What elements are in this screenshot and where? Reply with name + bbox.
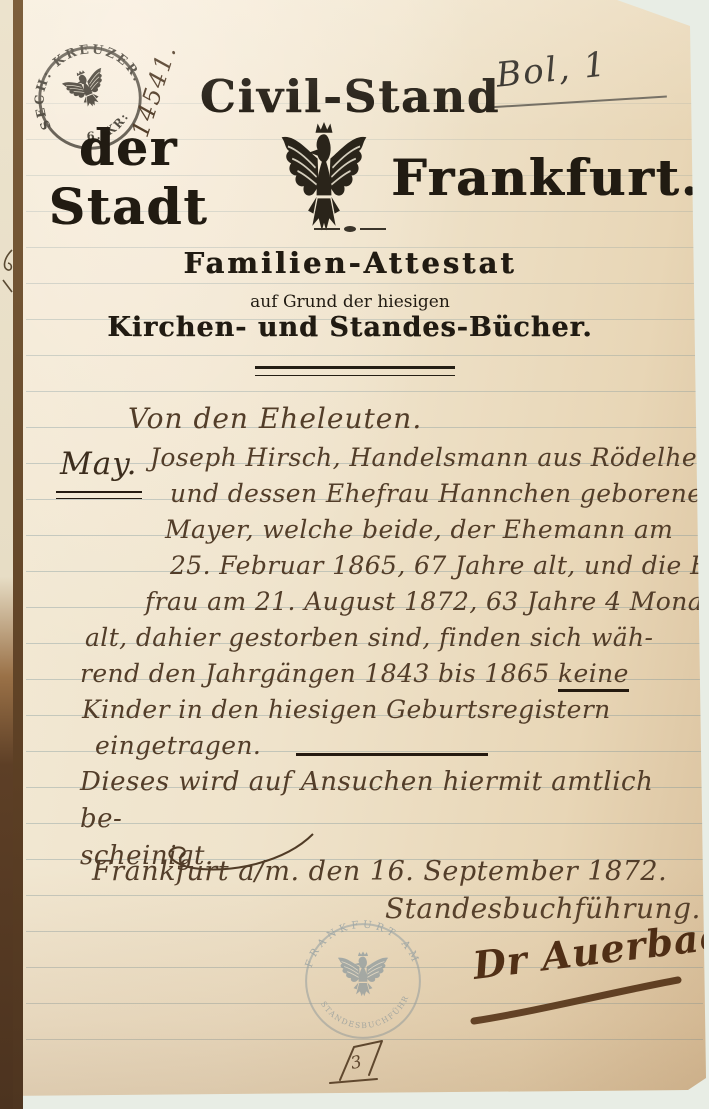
adjacent-page-edge	[0, 0, 13, 1109]
office-seal: FRANKFURT AM STANDESBUCHFÜHRUNG	[300, 918, 426, 1044]
body-heading: Von den Eheleuten.	[128, 402, 422, 435]
title-frankfurt: Frankfurt.	[391, 148, 700, 207]
frankfurt-eagle-icon	[271, 122, 377, 232]
body-line: Joseph Hirsch, Handelsmann aus Rödelheim	[150, 440, 690, 476]
body-line: rend den Jahrgängen 1843 bis 1865 keine	[80, 656, 690, 692]
certification-line: Dieses wird auf Ansuchen hiermit amtlich…	[80, 764, 680, 838]
attestat-title: Familien-Attestat	[0, 246, 700, 280]
title-city-row: der Stadt Frankfurt.	[0, 118, 700, 236]
body-text-block: Joseph Hirsch, Handelsmann aus Rödelheim…	[150, 440, 690, 764]
title-civil-stand: Civil-Stand	[0, 70, 700, 123]
margin-note-underline	[56, 491, 142, 499]
body-line: frau am 21. August 1872, 63 Jahre 4 Mona…	[145, 584, 690, 620]
margin-note-may: May.	[60, 446, 137, 482]
paragraph-divider	[296, 753, 488, 756]
ornament-divider	[0, 226, 700, 232]
body-line: und dessen Ehefrau Hannchen geborene	[170, 476, 690, 512]
binding-edge	[13, 0, 23, 1109]
body-line-prefix: rend den Jahrgängen 1843 bis 1865	[80, 659, 558, 688]
body-line: Mayer, welche beide, der Ehemann am	[165, 512, 690, 548]
page-marker-number: 3	[349, 1052, 364, 1074]
signature-underline	[468, 975, 686, 1030]
body-line: Kinder in den hiesigen Geburtsregistern	[82, 692, 690, 728]
seal-eagle-icon	[338, 952, 388, 997]
attestat-subtitle2: Kirchen- und Standes-Bücher.	[0, 312, 700, 343]
margin-ink-fragment	[0, 246, 14, 296]
header-double-rule	[255, 366, 455, 376]
dateline: Frankfurt a/m. den 16. September 1872.	[92, 856, 667, 887]
attestat-subtitle1: auf Grund der hiesigen	[0, 292, 700, 312]
body-line: 25. Februar 1865, 67 Jahre alt, und die …	[170, 548, 690, 584]
document-page: SECH: KREUZER. 6. KR: 14541. Bol, 1 Civi…	[0, 0, 709, 1109]
title-der-stadt: der Stadt	[0, 118, 257, 236]
scanned-document: SECH: KREUZER. 6. KR: 14541. Bol, 1 Civi…	[0, 0, 709, 1109]
underlined-word-keine: keine	[558, 659, 629, 692]
body-line: eingetragen.	[95, 728, 690, 764]
page-marker: 3	[322, 1038, 400, 1088]
body-line: alt, dahier gestorben sind, finden sich …	[85, 620, 690, 656]
